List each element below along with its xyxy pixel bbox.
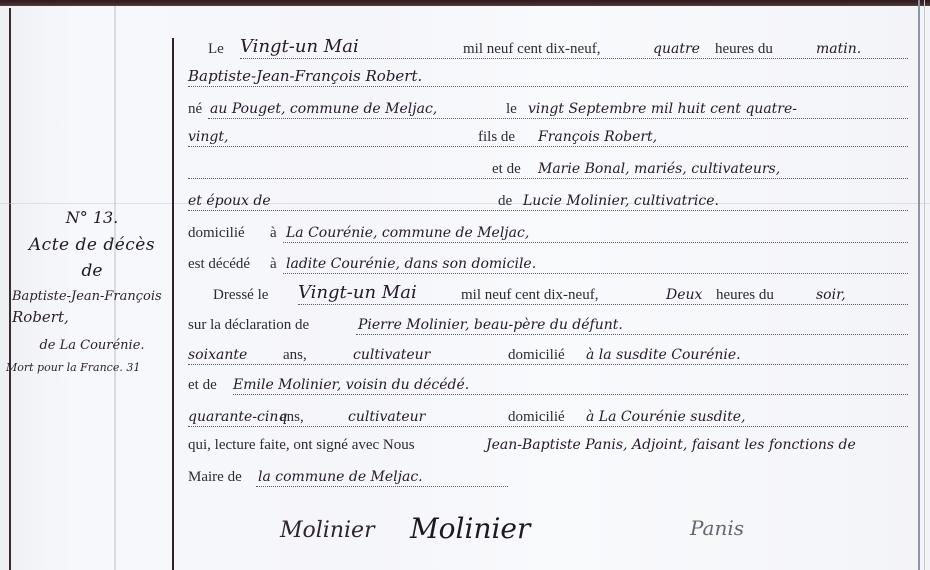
printed-lecture-faite: qui, lecture faite, ont signé avec Nous	[188, 437, 415, 454]
fill-residence: La Courénie, commune de Meljac,	[286, 225, 529, 241]
fill-declarant1-age: soixante	[188, 347, 247, 363]
printed-est-decede: est décédé	[188, 256, 250, 273]
printed-dresse-le: Dressé le	[213, 287, 268, 304]
fill-epoux-de: et époux de	[188, 193, 271, 209]
margin-annotation: N° 13. Acte de décès de Baptiste-Jean-Fr…	[12, 208, 172, 374]
printed-ans-1: ans,	[283, 347, 307, 364]
fill-declarant2-residence: à La Courénie susdite,	[586, 409, 745, 425]
mort-pour-la-france-note: Mort pour la France. 31	[6, 361, 172, 374]
fill-birthplace: au Pouget, commune de Meljac,	[210, 101, 437, 117]
printed-et-de: et de	[492, 161, 521, 178]
printed-de-spouse: de	[498, 193, 512, 210]
fill-record-date: Vingt-un Mai	[298, 282, 417, 303]
line-place-of-death: est décédé à ladite Courénie, dans son d…	[188, 253, 908, 277]
line-declarant2-details: quarante-cinq ans, cultivateur domicilié…	[188, 406, 908, 430]
printed-record-year: mil neuf cent dix-neuf,	[461, 287, 598, 304]
margin-rule	[172, 38, 174, 570]
right-page-edge	[918, 0, 920, 570]
line-date-of-death: Le Vingt-un Mai mil neuf cent dix-neuf, …	[188, 38, 908, 62]
fill-birth-date: vingt Septembre mil huit cent quatre-	[528, 101, 797, 117]
fill-record-time-of-day: soir,	[816, 287, 846, 303]
record-title: Acte de décès	[12, 235, 172, 255]
printed-record-heures-du: heures du	[716, 287, 774, 304]
printed-heures-du: heures du	[715, 41, 773, 58]
left-binding-rule	[9, 8, 11, 570]
signature-declarant2: Molinier	[410, 512, 530, 545]
line-declarant1: sur la déclaration de Pierre Molinier, b…	[188, 314, 908, 338]
record-number: N° 13.	[12, 208, 172, 227]
printed-a-death: à	[270, 256, 277, 273]
printed-a-residence: à	[270, 225, 277, 242]
line-father: vingt, fils de François Robert,	[188, 126, 908, 150]
line-record-date: Dressé le Vingt-un Mai mil neuf cent dix…	[188, 284, 908, 308]
fill-declarant1-residence: à la susdite Courénie.	[586, 347, 741, 363]
fill-declarant2: Emile Molinier, voisin du décédé.	[233, 377, 469, 393]
printed-sur-la-declaration: sur la déclaration de	[188, 317, 309, 334]
line-mother: et de Marie Bonal, mariés, cultivateurs,	[188, 158, 908, 182]
fill-mother-name: Marie Bonal, mariés, cultivateurs,	[538, 161, 780, 177]
deceased-place: de La Courénie.	[12, 338, 172, 353]
right-page-edge-inner	[924, 0, 925, 570]
deceased-name-line2: Robert,	[12, 308, 172, 326]
fill-time-of-day: matin.	[816, 41, 861, 57]
printed-maire-de: Maire de	[188, 469, 242, 486]
printed-ans-2: ans,	[280, 409, 304, 426]
fill-death-hour: quatre	[653, 41, 700, 57]
deceased-name-line1: Baptiste-Jean-François	[12, 289, 172, 304]
printed-ne: né	[188, 101, 202, 118]
printed-et-de-2: et de	[188, 377, 217, 394]
fill-death-date: Vingt-un Mai	[240, 36, 359, 57]
line-declarant1-details: soixante ans, cultivateur domicilié à la…	[188, 344, 908, 368]
signature-declarant1: Molinier	[280, 518, 375, 543]
fill-deceased-name: Baptiste-Jean-François Robert.	[188, 67, 422, 85]
fill-place-of-death: ladite Courénie, dans son domicile.	[286, 256, 536, 272]
printed-domicilie: domicilié	[188, 225, 245, 242]
fill-commune: la commune de Meljac.	[258, 469, 423, 485]
signature-officer: Panis	[690, 516, 744, 540]
fill-officer: Jean-Baptiste Panis, Adjoint, faisant le…	[486, 437, 856, 453]
fill-birth-year-end: vingt,	[188, 129, 228, 145]
line-deceased-name: Baptiste-Jean-François Robert.	[188, 66, 908, 90]
printed-domicilie-1: domicilié	[508, 347, 565, 364]
line-residence: domicilié à La Courénie, commune de Melj…	[188, 222, 908, 246]
fill-declarant2-age: quarante-cinq	[188, 409, 287, 425]
fill-father-name: François Robert,	[538, 129, 657, 145]
printed-year: mil neuf cent dix-neuf,	[463, 41, 600, 58]
line-commune: Maire de la commune de Meljac.	[188, 466, 908, 490]
printed-le: Le	[208, 41, 224, 58]
printed-le-birth: le	[506, 101, 517, 118]
fill-declarant2-occupation: cultivateur	[348, 409, 425, 425]
fill-record-hour: Deux	[666, 287, 702, 303]
line-officer: qui, lecture faite, ont signé avec Nous …	[188, 434, 908, 458]
line-birth: né au Pouget, commune de Meljac, le ving…	[188, 98, 908, 122]
printed-fils-de: fils de	[478, 129, 515, 146]
line-spouse: et époux de de Lucie Molinier, cultivatr…	[188, 190, 908, 214]
fill-spouse-name: Lucie Molinier, cultivatrice.	[523, 193, 719, 209]
line-declarant2: et de Emile Molinier, voisin du décédé.	[188, 374, 908, 398]
fill-declarant1-occupation: cultivateur	[353, 347, 430, 363]
record-title-de: de	[12, 261, 172, 281]
fill-declarant1: Pierre Molinier, beau-père du défunt.	[358, 317, 623, 333]
printed-domicilie-2: domicilié	[508, 409, 565, 426]
